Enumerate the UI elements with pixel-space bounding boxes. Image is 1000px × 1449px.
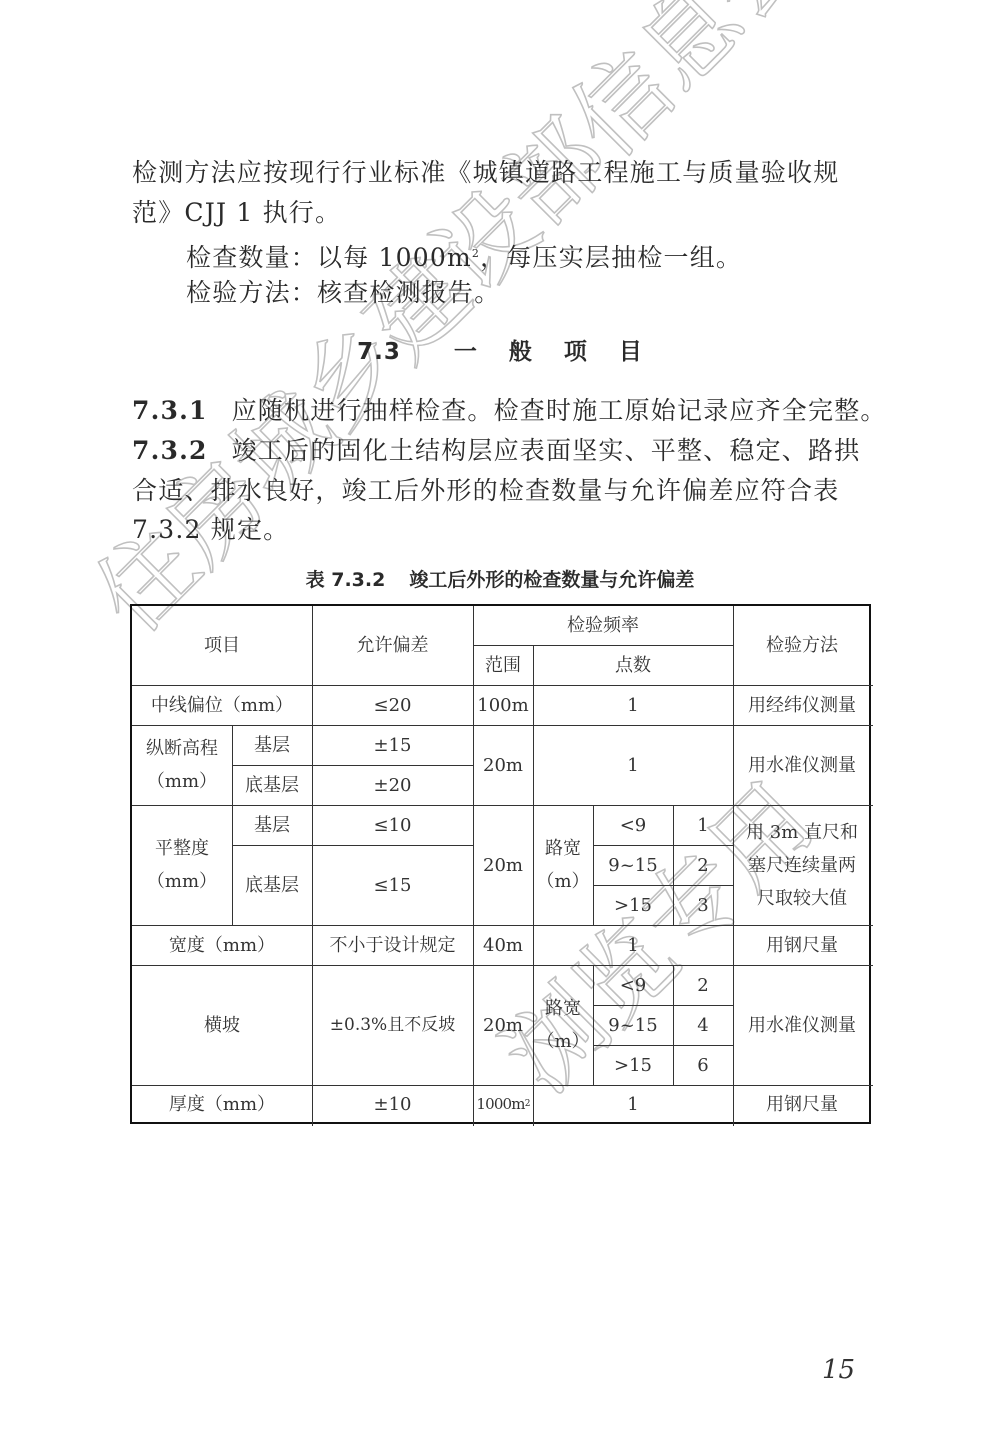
cell-tolerance: ≤10	[312, 805, 473, 845]
header-points: 点数	[533, 645, 733, 685]
clause-7-3-1: 7.3.1应随机进行抽样检查。检查时施工原始记录应齐全完整。	[132, 391, 872, 431]
paragraph-line: 范》CJJ 1 执行。	[132, 193, 872, 233]
section-title-char: 一	[454, 339, 478, 365]
cell-tolerance: ±20	[312, 765, 473, 805]
check-quantity-suffix: ，每压实层抽检一组。	[480, 243, 742, 272]
cell-points: 4	[673, 1005, 733, 1045]
cell-layer: 基层	[232, 725, 312, 765]
cell-range: 40m	[473, 925, 533, 965]
road-width-unit: （m）	[536, 1025, 589, 1058]
cell-points: 2	[673, 845, 733, 885]
header-range: 范围	[473, 645, 533, 685]
check-quantity-prefix: 检查数量：以每 1000m	[186, 243, 472, 272]
clause-text: 应随机进行抽样检查。检查时施工原始记录应齐全完整。	[232, 396, 887, 425]
paragraph-line: 检测方法应按现行行业标准《城镇道路工程施工与质量验收规	[132, 153, 872, 193]
item-unit: （mm）	[147, 765, 217, 798]
section-title-char: 般	[509, 339, 533, 365]
cell-width-range: >15	[593, 1045, 673, 1085]
header-method: 检验方法	[733, 606, 871, 685]
page-number: 15	[822, 1355, 855, 1385]
cell-road-width-label: 路宽 （m）	[533, 965, 593, 1085]
cell-method: 用 3m 直尺和 塞尺连续量两 尺取较大值	[733, 805, 871, 925]
cell-tolerance: ±10	[312, 1085, 473, 1123]
watermark-line1: 住房城乡建设部信息公开	[60, 0, 904, 657]
cell-layer: 底基层	[232, 845, 312, 925]
item-unit: （mm）	[147, 865, 217, 898]
cell-range: 100m	[473, 685, 533, 725]
cell-item: 厚度（mm）	[132, 1085, 312, 1123]
check-quantity: 检查数量：以每 1000m2，每压实层抽检一组。	[186, 234, 926, 278]
cell-tolerance: 不小于设计规定	[312, 925, 473, 965]
method-line: 尺取较大值	[757, 882, 847, 915]
cell-layer: 底基层	[232, 765, 312, 805]
section-title-char: 目	[619, 339, 643, 365]
cell-item: 平整度 （mm）	[132, 805, 232, 925]
cell-points: 6	[673, 1045, 733, 1085]
range-value: 1000m	[476, 1088, 524, 1121]
cell-points: 3	[673, 885, 733, 925]
clause-text: 竣工后的固化土结构层应表面坚实、平整、稳定、路拱	[232, 436, 861, 465]
table-caption-number: 表 7.3.2	[306, 569, 386, 591]
clause-number: 7.3.2	[132, 436, 208, 465]
cell-range: 20m	[473, 725, 533, 805]
clause-number: 7.3.1	[132, 396, 208, 425]
cell-range: 1000m2	[473, 1085, 533, 1123]
road-width-label: 路宽	[545, 832, 581, 865]
clause-text-line: 7.3.2 规定。	[132, 510, 872, 550]
header-frequency: 检验频率	[473, 606, 733, 645]
cell-width-range: >15	[593, 885, 673, 925]
cell-points: 1	[533, 685, 733, 725]
cell-width-range: 9~15	[593, 845, 673, 885]
road-width-unit: （m）	[536, 865, 589, 898]
cell-method: 用钢尺量	[733, 925, 871, 965]
section-heading: 7.3 一 般 项 目	[0, 333, 1000, 366]
method-line: 塞尺连续量两	[748, 849, 856, 882]
cell-tolerance: ±0.3%且不反坡	[312, 965, 473, 1085]
cell-method: 用钢尺量	[733, 1085, 871, 1123]
section-title-char: 项	[564, 339, 588, 365]
cell-tolerance: ≤20	[312, 685, 473, 725]
cell-item: 纵断高程 （mm）	[132, 725, 232, 805]
tolerance-table: 项目 允许偏差 检验频率 范围 点数 检验方法 中线偏位（mm） ≤20 100…	[130, 604, 871, 1124]
cell-width-range: <9	[593, 965, 673, 1005]
cell-points: 1	[533, 925, 733, 965]
cell-road-width-label: 路宽 （m）	[533, 805, 593, 925]
cell-method: 用水准仪测量	[733, 725, 871, 805]
cell-points: 2	[673, 965, 733, 1005]
superscript: 2	[525, 1088, 530, 1121]
table-caption: 表 7.3.2竣工后外形的检查数量与允许偏差	[0, 565, 1000, 592]
clause-7-3-2: 7.3.2竣工后的固化土结构层应表面坚实、平整、稳定、路拱	[132, 431, 872, 471]
cell-range: 20m	[473, 805, 533, 925]
cell-width-range: 9~15	[593, 1005, 673, 1045]
cell-method: 用经纬仪测量	[733, 685, 871, 725]
superscript: 2	[472, 247, 480, 260]
table-caption-title: 竣工后外形的检查数量与允许偏差	[409, 569, 694, 591]
cell-range: 20m	[473, 965, 533, 1085]
cell-layer: 基层	[232, 805, 312, 845]
header-tolerance: 允许偏差	[312, 606, 473, 685]
item-line: 平整度	[155, 832, 209, 865]
cell-tolerance: ±15	[312, 725, 473, 765]
cell-item: 宽度（mm）	[132, 925, 312, 965]
cell-item: 横坡	[132, 965, 312, 1085]
cell-points: 1	[673, 805, 733, 845]
header-item: 项目	[132, 606, 312, 685]
check-method: 检验方法：核查检测报告。	[186, 273, 926, 313]
item-line: 纵断高程	[146, 732, 218, 765]
section-number: 7.3	[357, 339, 401, 365]
cell-item: 中线偏位（mm）	[132, 685, 312, 725]
cell-points: 1	[533, 1085, 733, 1123]
cell-method: 用水准仪测量	[733, 965, 871, 1085]
cell-points: 1	[533, 725, 733, 805]
road-width-label: 路宽	[545, 992, 581, 1025]
method-line: 用 3m 直尺和	[746, 816, 858, 849]
cell-width-range: <9	[593, 805, 673, 845]
clause-text-line: 合适、排水良好，竣工后外形的检查数量与允许偏差应符合表	[132, 471, 872, 511]
cell-tolerance: ≤15	[312, 845, 473, 925]
